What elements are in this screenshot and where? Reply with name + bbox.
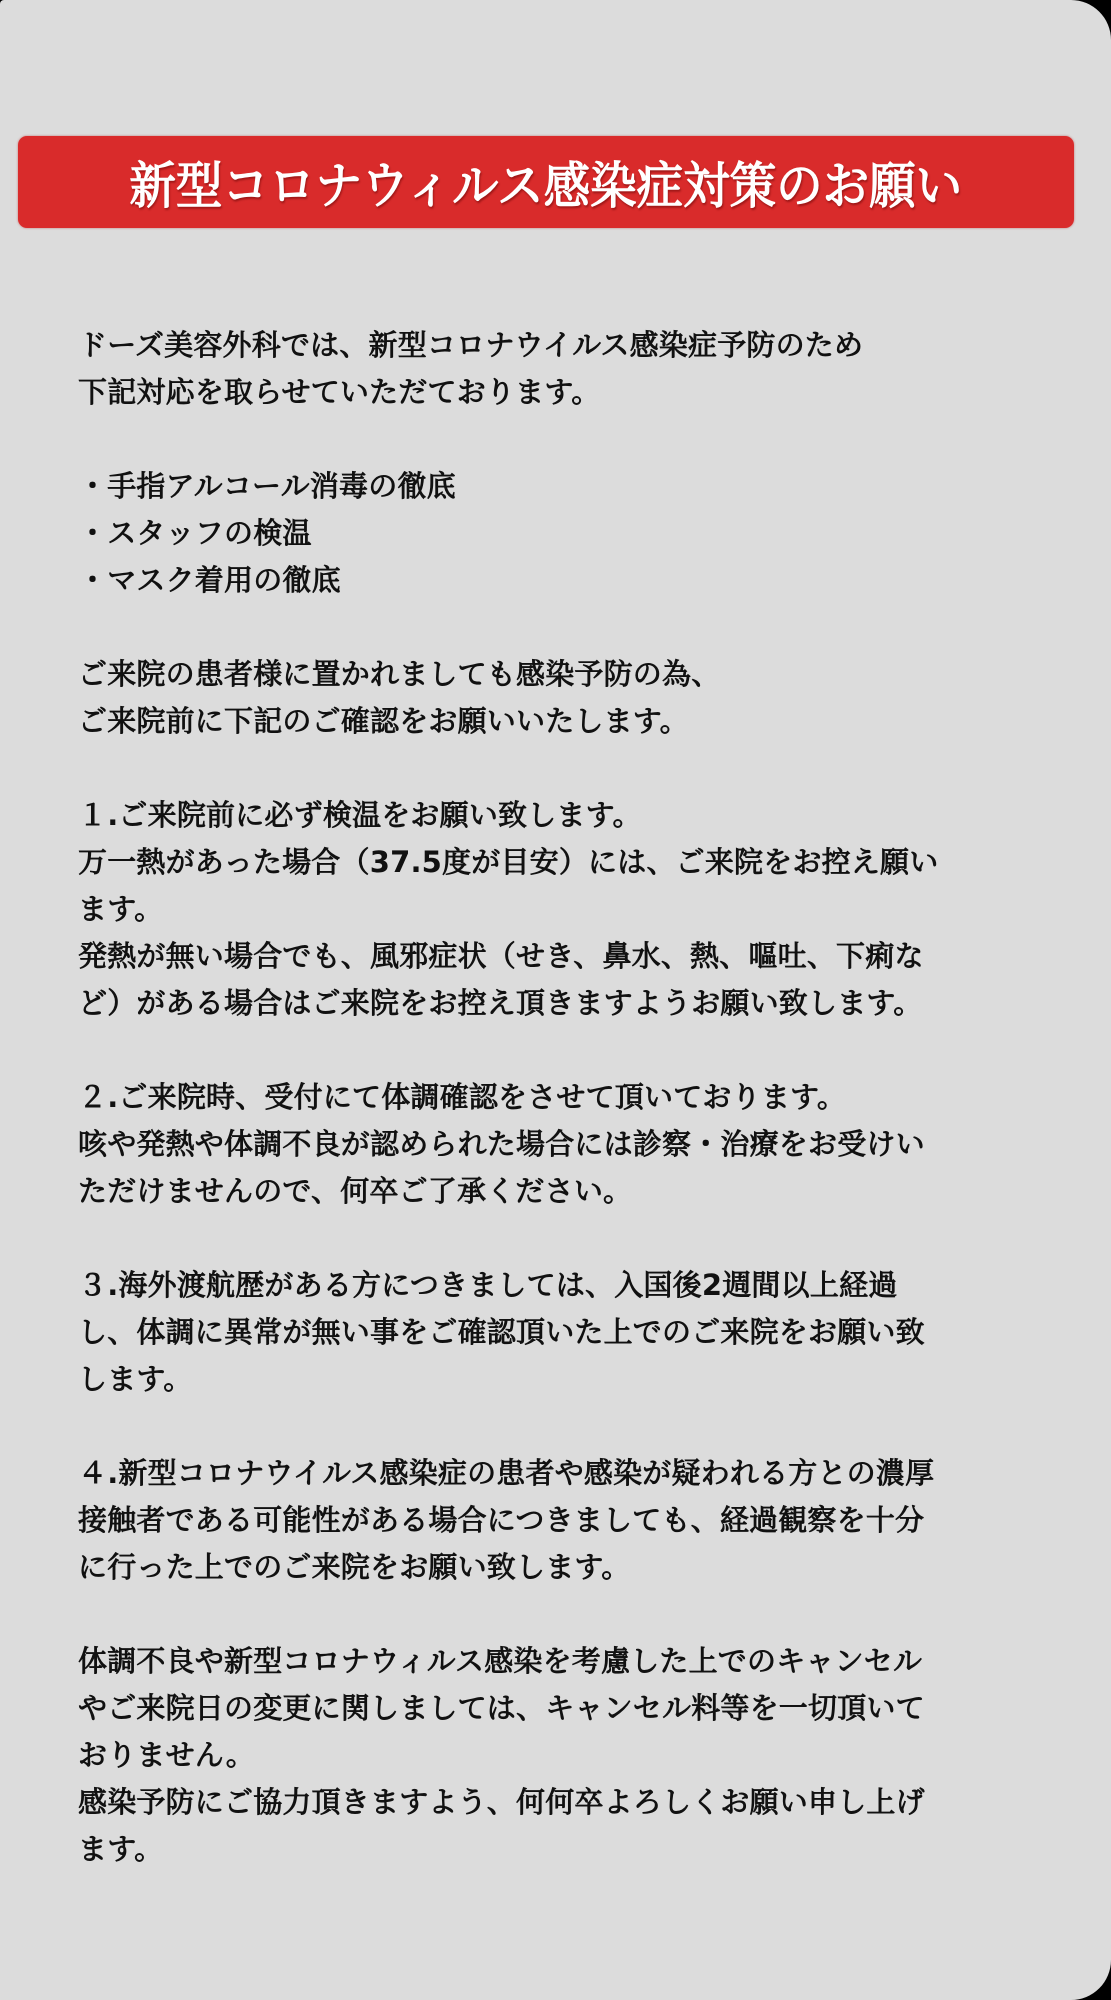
- closing-line: ます。: [78, 1826, 1068, 1873]
- intro-paragraph: ドーズ美容外科では、新型コロナウイルス感染症予防のため 下記対応を取らせていただ…: [78, 322, 1068, 416]
- item-1-temperature-check: １.ご来院前に必ず検温をお願い致します。 万一熱があった場合（37.5度が目安）…: [78, 792, 1068, 1027]
- item-line: ど）がある場合はご来院をお控え頂きますようお願い致します。: [78, 980, 1068, 1027]
- item-line: ３.海外渡航歴がある方につきましては、入国後2週間以上経過: [78, 1262, 1068, 1309]
- item-line: ただけませんので、何卒ご了承ください。: [78, 1168, 1068, 1215]
- measure-item: ・スタッフの検温: [78, 510, 1068, 557]
- item-line: ４.新型コロナウイルス感染症の患者や感染が疑われる方との濃厚: [78, 1450, 1068, 1497]
- item-line: します。: [78, 1356, 1068, 1403]
- item-3-overseas-travel: ３.海外渡航歴がある方につきましては、入国後2週間以上経過 し、体調に異常が無い…: [78, 1262, 1068, 1403]
- intro-line: ドーズ美容外科では、新型コロナウイルス感染症予防のため: [78, 322, 1068, 369]
- notice-body: ドーズ美容外科では、新型コロナウイルス感染症予防のため 下記対応を取らせていただ…: [78, 322, 1068, 1920]
- item-line: ます。: [78, 886, 1068, 933]
- item-line: 発熱が無い場合でも、風邪症状（せき、鼻水、熱、嘔吐、下痢な: [78, 933, 1068, 980]
- request-paragraph: ご来院の患者様に置かれましても感染予防の為、 ご来院前に下記のご確認をお願いいた…: [78, 651, 1068, 745]
- page-title: 新型コロナウィルス感染症対策のお願い: [130, 146, 963, 218]
- item-line: 接触者である可能性がある場合につきましても、経過観察を十分: [78, 1497, 1068, 1544]
- item-line: 咳や発熱や体調不良が認められた場合には診察・治療をお受けい: [78, 1121, 1068, 1168]
- measure-item: ・マスク着用の徹底: [78, 557, 1068, 604]
- notice-page: 新型コロナウィルス感染症対策のお願い ドーズ美容外科では、新型コロナウイルス感染…: [0, 0, 1111, 2000]
- measure-item: ・手指アルコール消毒の徹底: [78, 463, 1068, 510]
- item-line: に行った上でのご来院をお願い致します。: [78, 1544, 1068, 1591]
- closing-line: やご来院日の変更に関しましては、キャンセル料等を一切頂いて: [78, 1685, 1068, 1732]
- item-2-health-check: ２.ご来院時、受付にて体調確認をさせて頂いております。 咳や発熱や体調不良が認め…: [78, 1074, 1068, 1215]
- request-line: ご来院の患者様に置かれましても感染予防の為、: [78, 651, 1068, 698]
- measures-list: ・手指アルコール消毒の徹底 ・スタッフの検温 ・マスク着用の徹底: [78, 463, 1068, 604]
- closing-line: おりません。: [78, 1732, 1068, 1779]
- intro-line: 下記対応を取らせていただております。: [78, 369, 1068, 416]
- item-line: ２.ご来院時、受付にて体調確認をさせて頂いております。: [78, 1074, 1068, 1121]
- item-4-close-contact: ４.新型コロナウイルス感染症の患者や感染が疑われる方との濃厚 接触者である可能性…: [78, 1450, 1068, 1591]
- closing-line: 体調不良や新型コロナウィルス感染を考慮した上でのキャンセル: [78, 1638, 1068, 1685]
- request-line: ご来院前に下記のご確認をお願いいたします。: [78, 698, 1068, 745]
- closing-line: 感染予防にご協力頂きますよう、何何卒よろしくお願い申し上げ: [78, 1779, 1068, 1826]
- item-line: し、体調に異常が無い事をご確認頂いた上でのご来院をお願い致: [78, 1309, 1068, 1356]
- item-line: 万一熱があった場合（37.5度が目安）には、ご来院をお控え願い: [78, 839, 1068, 886]
- item-line: １.ご来院前に必ず検温をお願い致します。: [78, 792, 1068, 839]
- closing-paragraph: 体調不良や新型コロナウィルス感染を考慮した上でのキャンセル やご来院日の変更に関…: [78, 1638, 1068, 1873]
- title-banner: 新型コロナウィルス感染症対策のお願い: [18, 136, 1074, 228]
